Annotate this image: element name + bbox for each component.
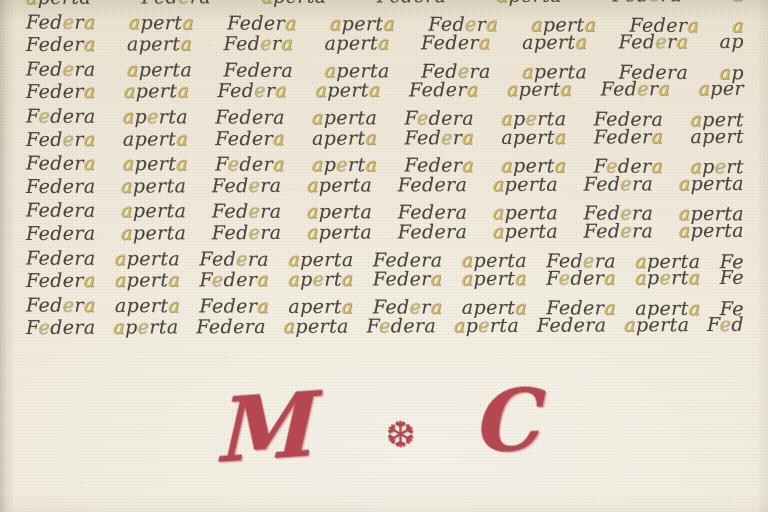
snowflake-motif-icon: ❆: [385, 415, 415, 456]
repeated-handwriting-block: aperta Federa aperta Federa aperta Feder…: [0, 0, 768, 341]
embroidered-fabric-sheet: aperta Federa aperta Federa aperta Feder…: [0, 0, 768, 512]
embroidered-text-line: Federa aperta Federa aperta Federa apert…: [26, 78, 744, 105]
embroidered-text-line-clipped: aperta Federa aperta Federa aperta Feder…: [26, 0, 744, 11]
embroidered-text-line: Federa aperta Federa aperta Federa apert…: [26, 220, 744, 247]
monogram-initial-m: M: [220, 379, 320, 474]
embroidered-text-line: Federa aperta Federa aperta Federa apert…: [26, 173, 744, 200]
embroidered-text-line: Federa aperta Federa aperta Federa apert…: [26, 267, 744, 294]
monogram-initial-c: C: [479, 377, 547, 465]
embroidered-text-line: Federa aperta Federa aperta Federa apert…: [26, 31, 744, 58]
red-monogram-row: M ❆ C: [0, 372, 768, 482]
embroidered-text-line: Federa aperta Federa aperta Federa apert…: [26, 314, 744, 341]
embroidered-text-line: Federa aperta Federa aperta Federa apert…: [26, 125, 744, 152]
